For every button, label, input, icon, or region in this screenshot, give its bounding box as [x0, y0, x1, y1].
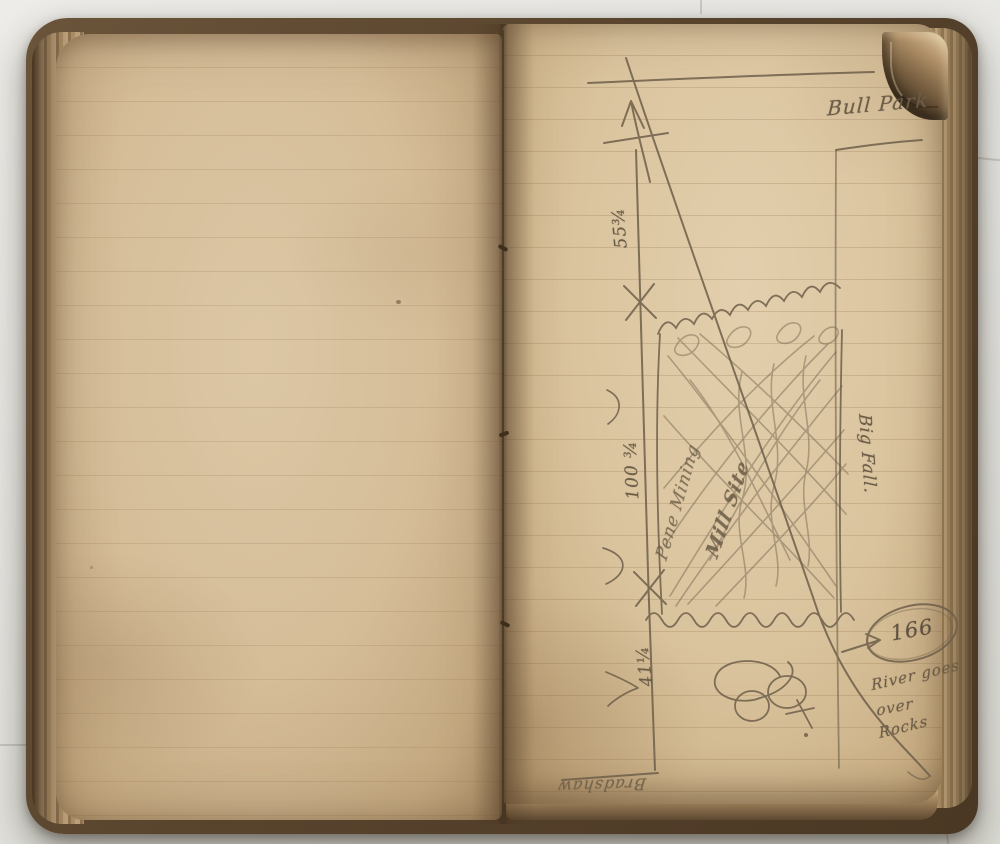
paper-speck	[396, 300, 401, 304]
tile-seam	[700, 0, 702, 14]
paper-speck	[90, 566, 93, 569]
spine-binding	[502, 30, 504, 822]
photo-of-open-notebook: { "photo": { "subject": "Open field note…	[0, 0, 1000, 844]
left-page-blank	[56, 34, 502, 820]
notebook	[26, 18, 978, 834]
tile-seam	[976, 157, 1000, 161]
